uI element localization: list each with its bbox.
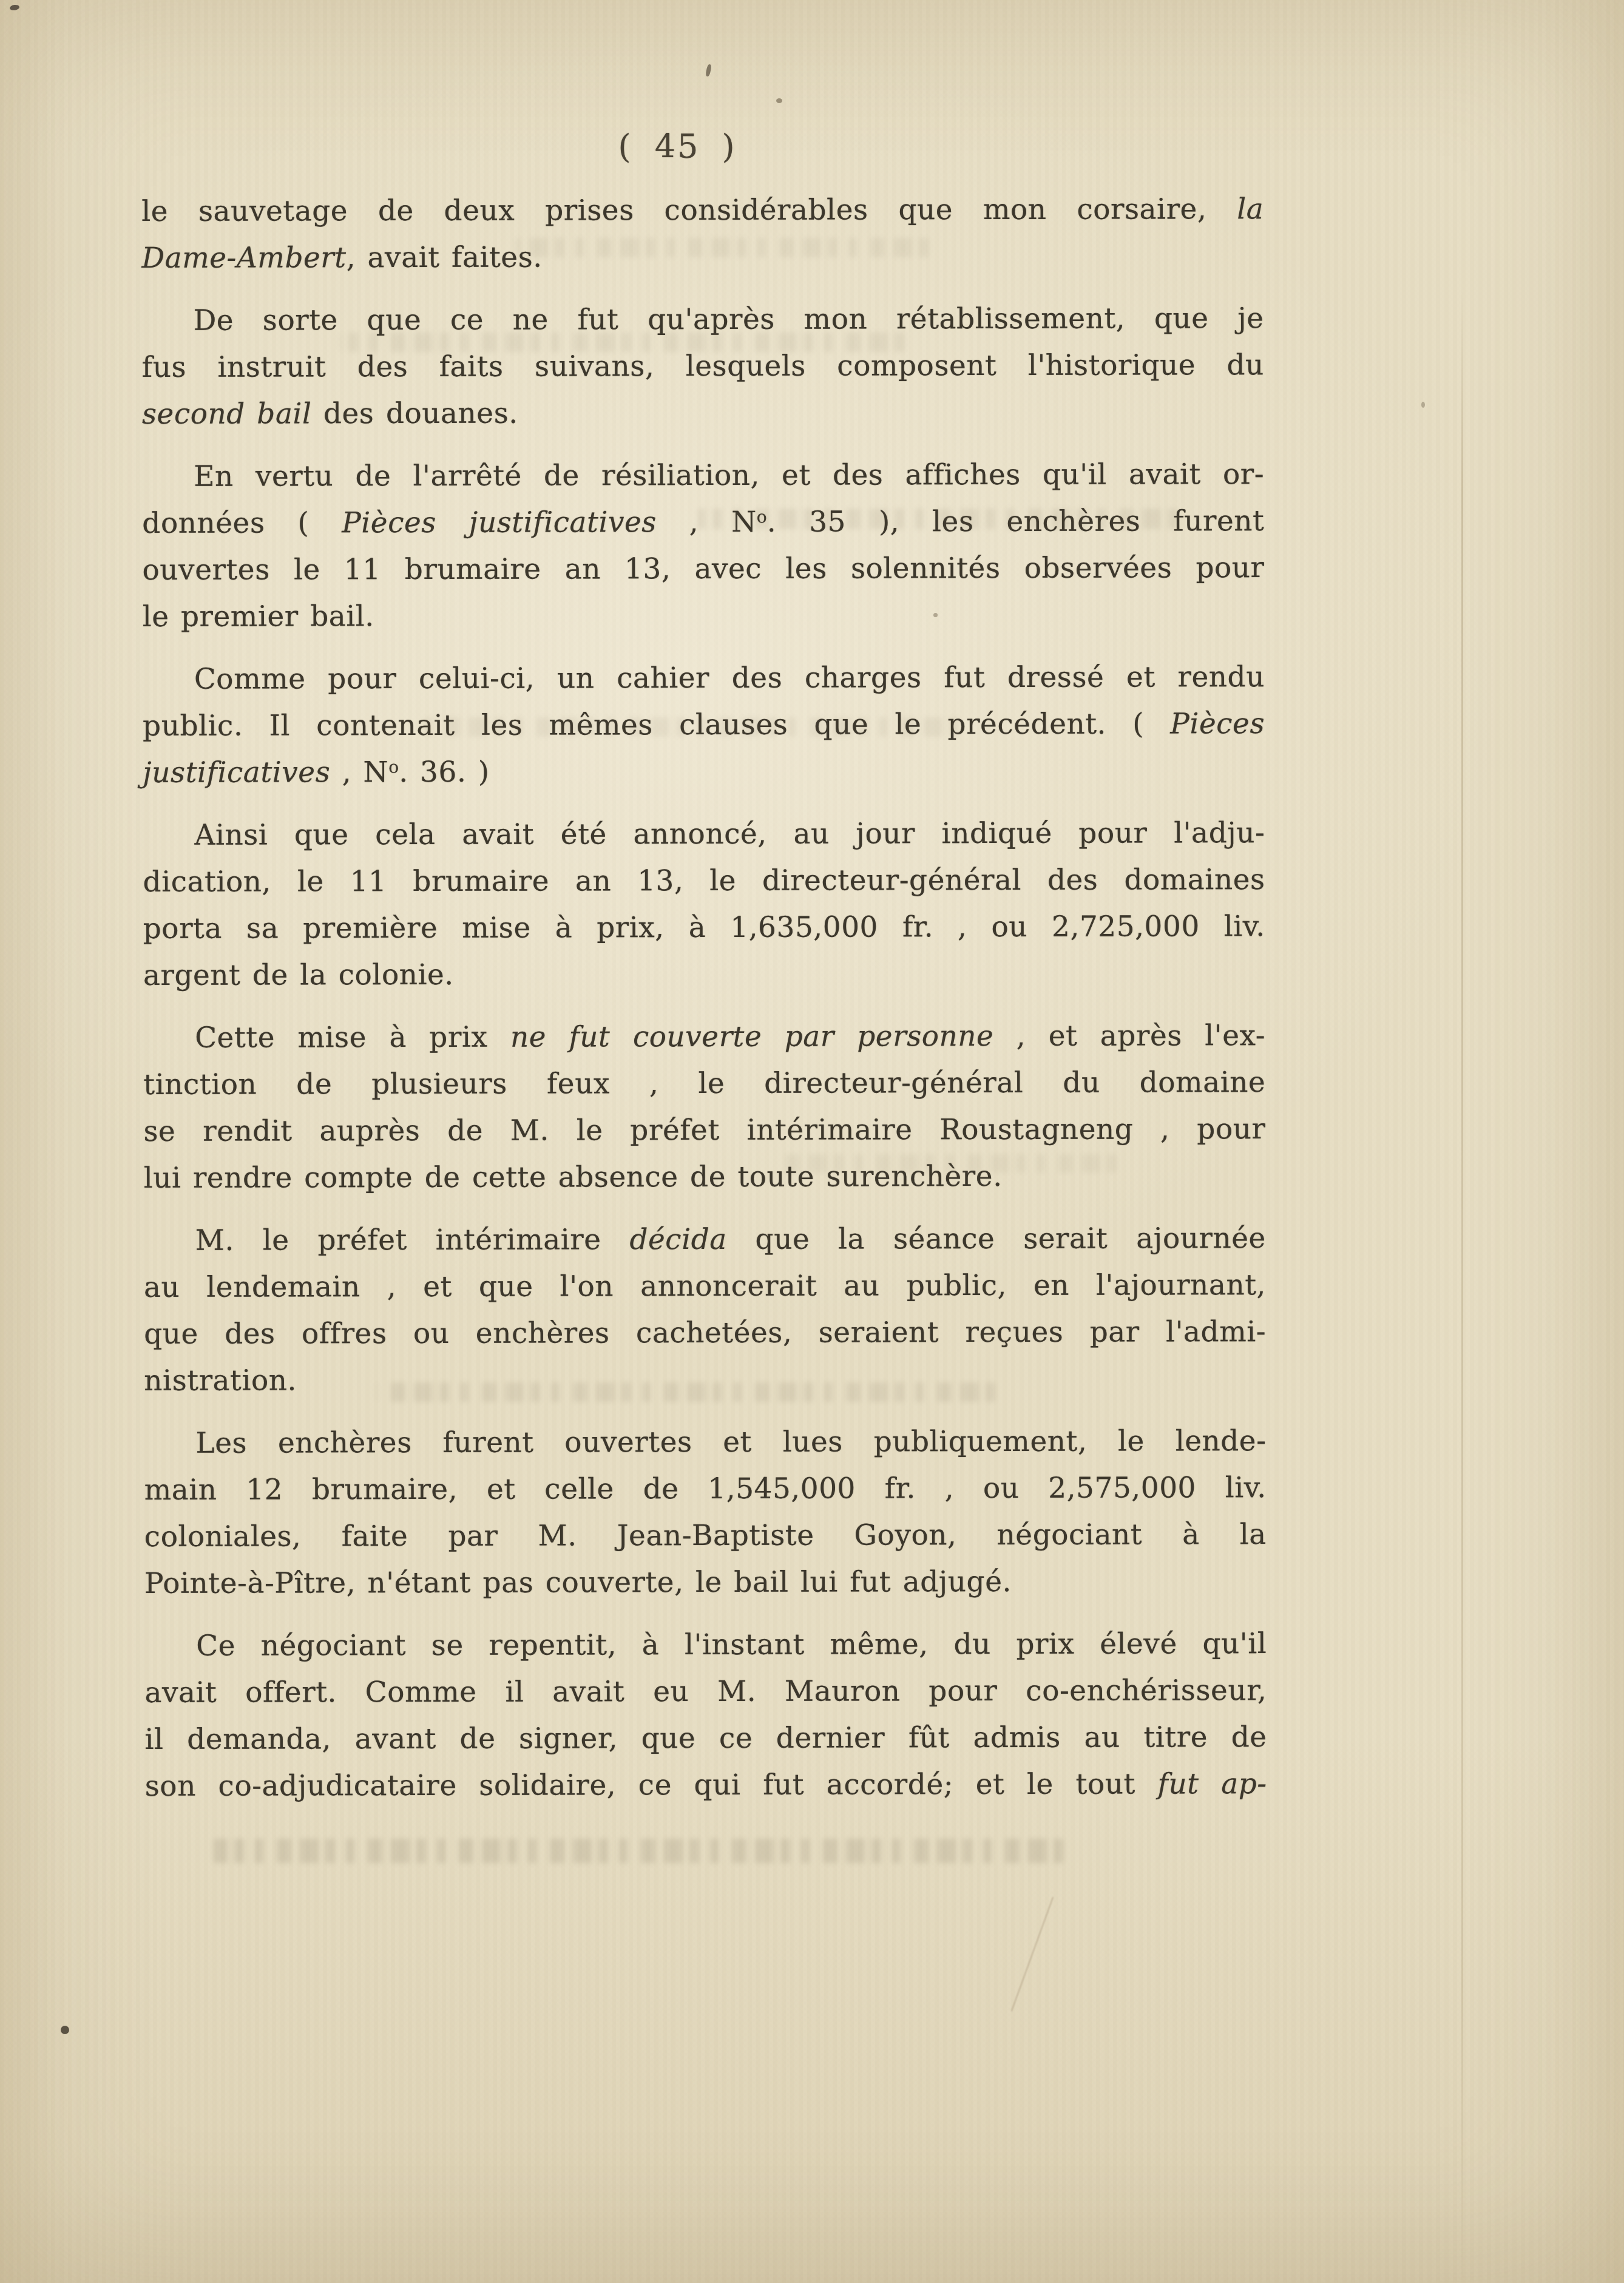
text-run: que des offres ou enchères cachetées, se…: [144, 1315, 1266, 1351]
text-line: que des offres ou enchères cachetées, se…: [144, 1308, 1266, 1358]
italic-text-run: Dame-Ambert: [141, 241, 346, 275]
text-run: le premier bail.: [143, 600, 374, 634]
text-line: il demanda, avant de signer, que ce dern…: [144, 1714, 1267, 1763]
italic-text-run: Pièces justificatives: [342, 506, 657, 539]
text-run: Cette mise à prix: [195, 1021, 510, 1055]
text-line: dication, le 11 brumaire an 13, le direc…: [143, 856, 1265, 905]
text-run: , et après l'ex-: [993, 1019, 1265, 1053]
paragraph: M. le préfet intérimaire décida que la s…: [144, 1215, 1267, 1404]
text-line: le sauvetage de deux prises considérable…: [141, 186, 1264, 235]
text-line: En vertu de l'arrêté de résiliation, et …: [142, 451, 1264, 500]
text-run: il demanda, avant de signer, que ce dern…: [144, 1720, 1267, 1756]
bleed-through-ghost: [425, 717, 959, 737]
text-line: Cette mise à prix ne fut couverte par pe…: [143, 1012, 1265, 1061]
paper-scratch: [1011, 1897, 1054, 2012]
text-run: avait offert. Comme il avait eu M. Mauro…: [144, 1674, 1267, 1710]
text-run: des douanes.: [311, 397, 518, 431]
scanned-book-page: ( 45 ) le sauvetage de deux prises consi…: [0, 0, 1624, 2283]
paper-speck: [776, 98, 782, 103]
paragraph: le sauvetage de deux prises considérable…: [141, 186, 1264, 282]
text-line: argent de la colonie.: [143, 950, 1265, 999]
paragraph: En vertu de l'arrêté de résiliation, et …: [142, 451, 1265, 640]
text-run: se rendit auprès de M. le préfet intérim…: [143, 1112, 1265, 1148]
text-run: le sauvetage de deux prises considérable…: [141, 192, 1237, 228]
italic-text-run: décida: [629, 1223, 726, 1256]
bleed-through-ghost: [777, 1154, 1117, 1172]
text-line: son co-adjudicataire solidaire, ce qui f…: [145, 1760, 1267, 1810]
text-run: En vertu de l'arrêté de résiliation, et …: [194, 458, 1264, 493]
text-run: Ce négociant se repentit, à l'instant mê…: [196, 1627, 1267, 1663]
italic-text-run: ne fut couverte par personne: [510, 1020, 994, 1054]
bleed-through-ghost: [698, 509, 1177, 529]
paragraph: Ce négociant se repentit, à l'instant mê…: [144, 1620, 1267, 1810]
text-line: se rendit auprès de M. le préfet intérim…: [143, 1106, 1265, 1155]
italic-text-run: second bail: [142, 397, 312, 431]
italic-text-run: Pièces: [1170, 707, 1265, 740]
text-line: Les enchères furent ouvertes et lues pub…: [144, 1418, 1266, 1467]
text-run: que la séance serait ajournée: [727, 1222, 1266, 1256]
text-line: porta sa première mise à prix, à 1,635,0…: [143, 903, 1265, 952]
paper-speck: [933, 613, 938, 617]
text-line: coloniales, faite par M. Jean-Baptiste G…: [144, 1511, 1267, 1560]
text-run: données (: [142, 506, 342, 540]
text-run: M. le préfet intérimaire: [195, 1223, 630, 1257]
text-line: Ainsi que cela avait été annoncé, au jou…: [143, 810, 1265, 859]
italic-text-run: la: [1237, 192, 1264, 226]
text-run: Les enchères furent ouvertes et lues pub…: [195, 1424, 1266, 1460]
superscript-ordinal: o: [388, 757, 399, 777]
body-text: le sauvetage de deux prises considérable…: [141, 186, 1267, 1825]
text-run: argent de la colonie.: [143, 958, 454, 992]
paragraph: Ainsi que cela avait été annoncé, au jou…: [143, 810, 1265, 999]
bleed-through-ghost: [340, 333, 904, 352]
text-run: ouvertes le 11 brumaire an 13, avec les …: [142, 551, 1264, 587]
text-run: main 12 brumaire, et celle de 1,545,000 …: [144, 1471, 1267, 1507]
text-line: avait offert. Comme il avait eu M. Mauro…: [144, 1667, 1267, 1716]
text-line: le premier bail.: [143, 591, 1265, 640]
text-run: De sorte que ce ne fut qu'après mon réta…: [194, 302, 1264, 337]
text-line: M. le préfet intérimaire décida que la s…: [144, 1215, 1266, 1264]
text-line: Pointe-à-Pître, n'étant pas couverte, le…: [144, 1558, 1267, 1607]
bleed-through-ghost: [214, 1839, 1063, 1863]
text-run: , avait faites.: [347, 241, 543, 275]
text-line: main 12 brumaire, et celle de 1,545,000 …: [144, 1464, 1267, 1514]
bleed-through-ghost: [516, 238, 929, 257]
paragraph: Les enchères furent ouvertes et lues pub…: [144, 1418, 1267, 1607]
text-run: fus instruit des faits suivans, lesquels…: [142, 348, 1264, 384]
text-run: , N: [330, 756, 388, 789]
paper-speck: [9, 4, 19, 11]
text-run: . 36. ): [399, 756, 490, 789]
paragraph: De sorte que ce ne fut qu'après mon réta…: [142, 295, 1264, 438]
paper-speck: [705, 64, 712, 76]
text-line: Ce négociant se repentit, à l'instant mê…: [144, 1620, 1267, 1669]
text-line: Comme pour celui-ci, un cahier des charg…: [143, 654, 1265, 703]
text-line: ouvertes le 11 brumaire an 13, avec les …: [142, 544, 1264, 594]
text-line: justificatives , No. 36. ): [143, 747, 1265, 796]
text-run: tinction de plusieurs feux , le directeu…: [143, 1066, 1265, 1101]
paragraph: Cette mise à prix ne fut couverte par pe…: [143, 1012, 1266, 1202]
paper-speck: [1421, 402, 1425, 408]
page-number: ( 45 ): [143, 127, 1211, 166]
text-run: Comme pour celui-ci, un cahier des charg…: [194, 660, 1265, 696]
text-run: porta sa première mise à prix, à 1,635,0…: [143, 910, 1265, 945]
text-run: Ainsi que cela avait été annoncé, au jou…: [194, 816, 1265, 852]
paper-speck: [61, 2026, 69, 2034]
bleed-through-ghost: [376, 1382, 995, 1402]
text-line: second bail des douanes.: [142, 388, 1264, 438]
text-line: au lendemain , et que l'on annoncerait a…: [144, 1262, 1266, 1311]
paper-crease: [1461, 291, 1463, 2283]
text-run: son co-adjudicataire solidaire, ce qui f…: [145, 1767, 1158, 1802]
text-run: au lendemain , et que l'on annoncerait a…: [144, 1268, 1266, 1304]
text-run: Pointe-à-Pître, n'étant pas couverte, le…: [144, 1565, 1012, 1600]
text-line: tinction de plusieurs feux , le directeu…: [143, 1059, 1265, 1108]
italic-text-run: justificatives: [143, 756, 330, 790]
text-run: dication, le 11 brumaire an 13, le direc…: [143, 863, 1265, 899]
italic-text-run: fut ap-: [1157, 1767, 1267, 1801]
text-run: coloniales, faite par M. Jean-Baptiste G…: [144, 1518, 1267, 1554]
text-run: nistration.: [144, 1364, 297, 1398]
